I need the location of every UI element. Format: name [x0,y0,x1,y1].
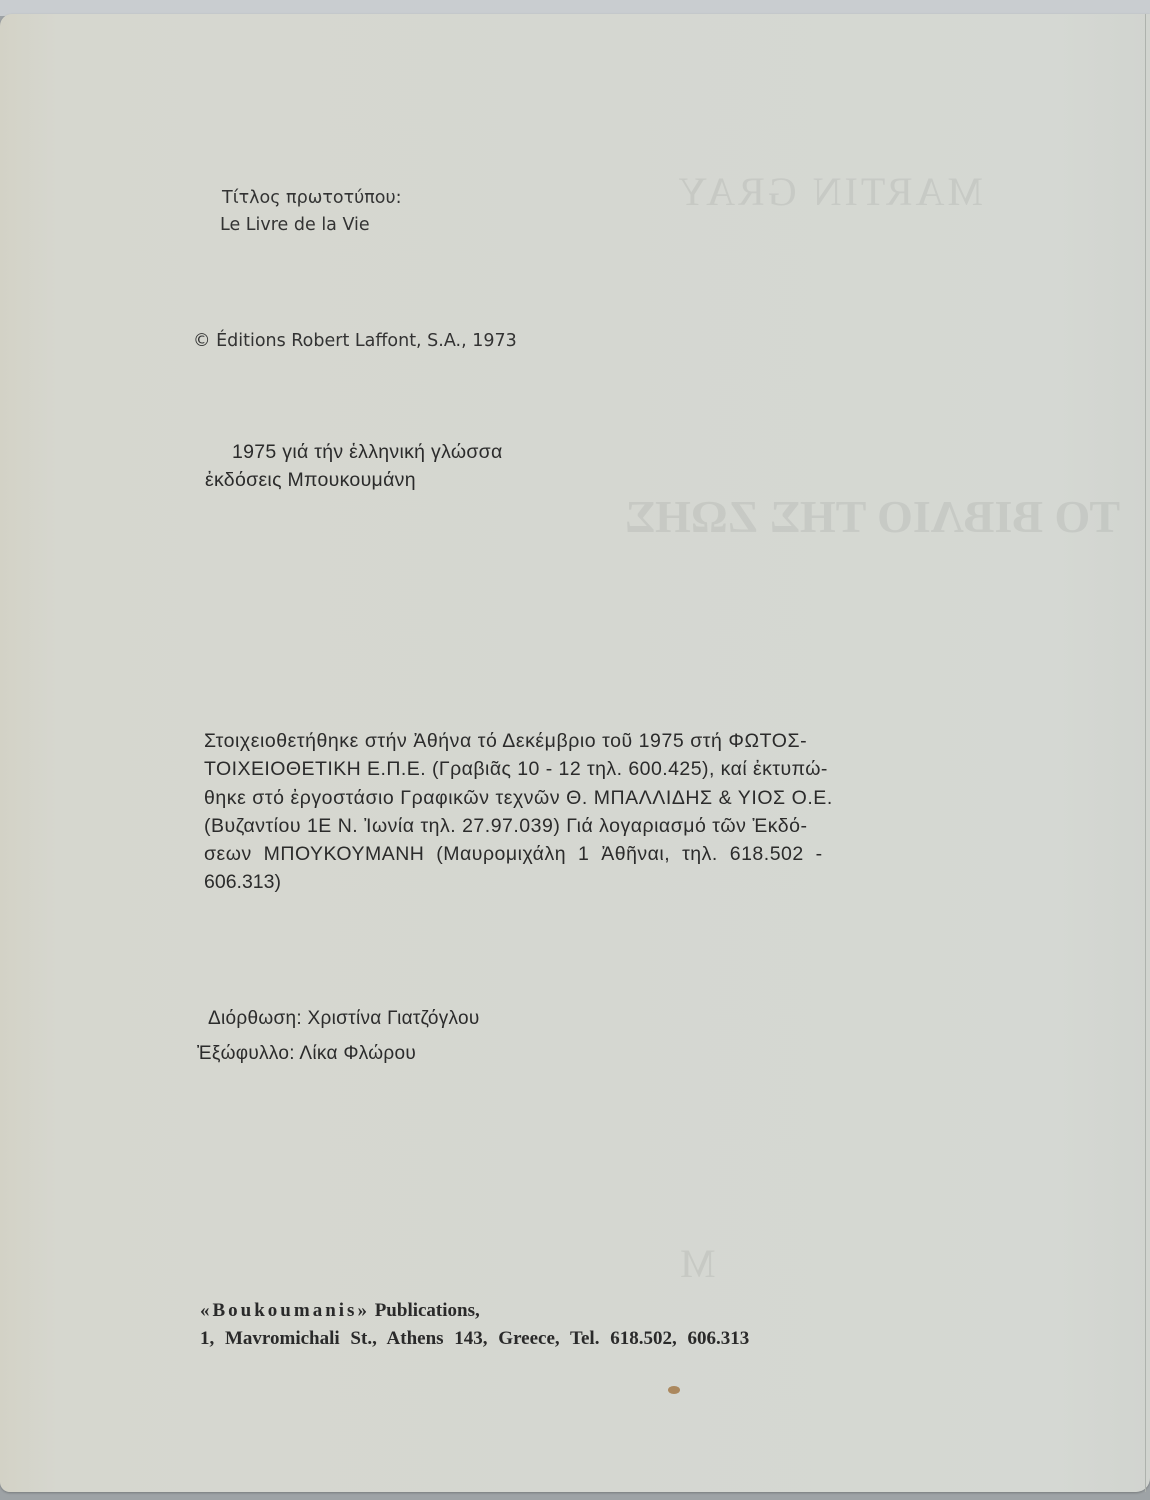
publisher-address: 1, Mavromichali St., Athens 143, Greece,… [200,1328,749,1350]
page-edge [1145,14,1146,1492]
book-page [0,14,1150,1492]
greek-rights-line-1: 1975 γιά τήν ἑλληνική γλώσσα [232,441,503,464]
paper-stain [668,1386,680,1394]
show-through-logo: M [680,1240,716,1287]
proofreading-credit: Διόρθωση: Χριστίνα Γιατζόγλου [208,1008,480,1030]
imprint-line-3: θηκε στό ἐργοστάσιο Γραφικῶν τεχνῶν Θ. Μ… [204,787,833,810]
cover-credit: Ἐξώφυλλο: Λίκα Φλώρου [197,1043,416,1065]
publisher-name-spaced: «Boukoumanis» [200,1300,370,1321]
copyright-line: © Éditions Robert Laffont, S.A., 1973 [193,331,517,351]
original-title-value: Le Livre de la Vie [220,215,370,235]
publisher-name: «Boukoumanis» Publications, [200,1300,480,1322]
imprint-line-1: Στοιχειοθετήθηκε στήν Ἀθήνα τό Δεκέμβριο… [204,730,807,753]
publisher-name-rest: Publications, [370,1300,480,1321]
show-through-author: MARTIN GRAY [675,168,983,215]
imprint-line-5: σεων ΜΠΟΥΚΟΥΜΑΝΗ (Μαυρομιχάλη 1 Ἀθῆναι, … [204,843,823,866]
greek-rights-line-2: ἐκδόσεις Μπουκουμάνη [205,469,416,492]
show-through-title: ΤΟ ΒΙΒΛΙΟ ΤΗΣ ΖΩΗΣ [625,490,1120,543]
imprint-line-6: 606.313) [204,871,281,894]
original-title-label: Τίτλος πρωτοτύπου: [222,188,402,208]
imprint-line-2: ΤΟΙΧΕΙΟΘΕΤΙΚΗ Ε.Π.Ε. (Γραβιᾶς 10 - 12 τη… [204,758,828,781]
imprint-line-4: (Βυζαντίου 1Ε Ν. Ἰωνία τηλ. 27.97.039) Γ… [204,815,807,838]
